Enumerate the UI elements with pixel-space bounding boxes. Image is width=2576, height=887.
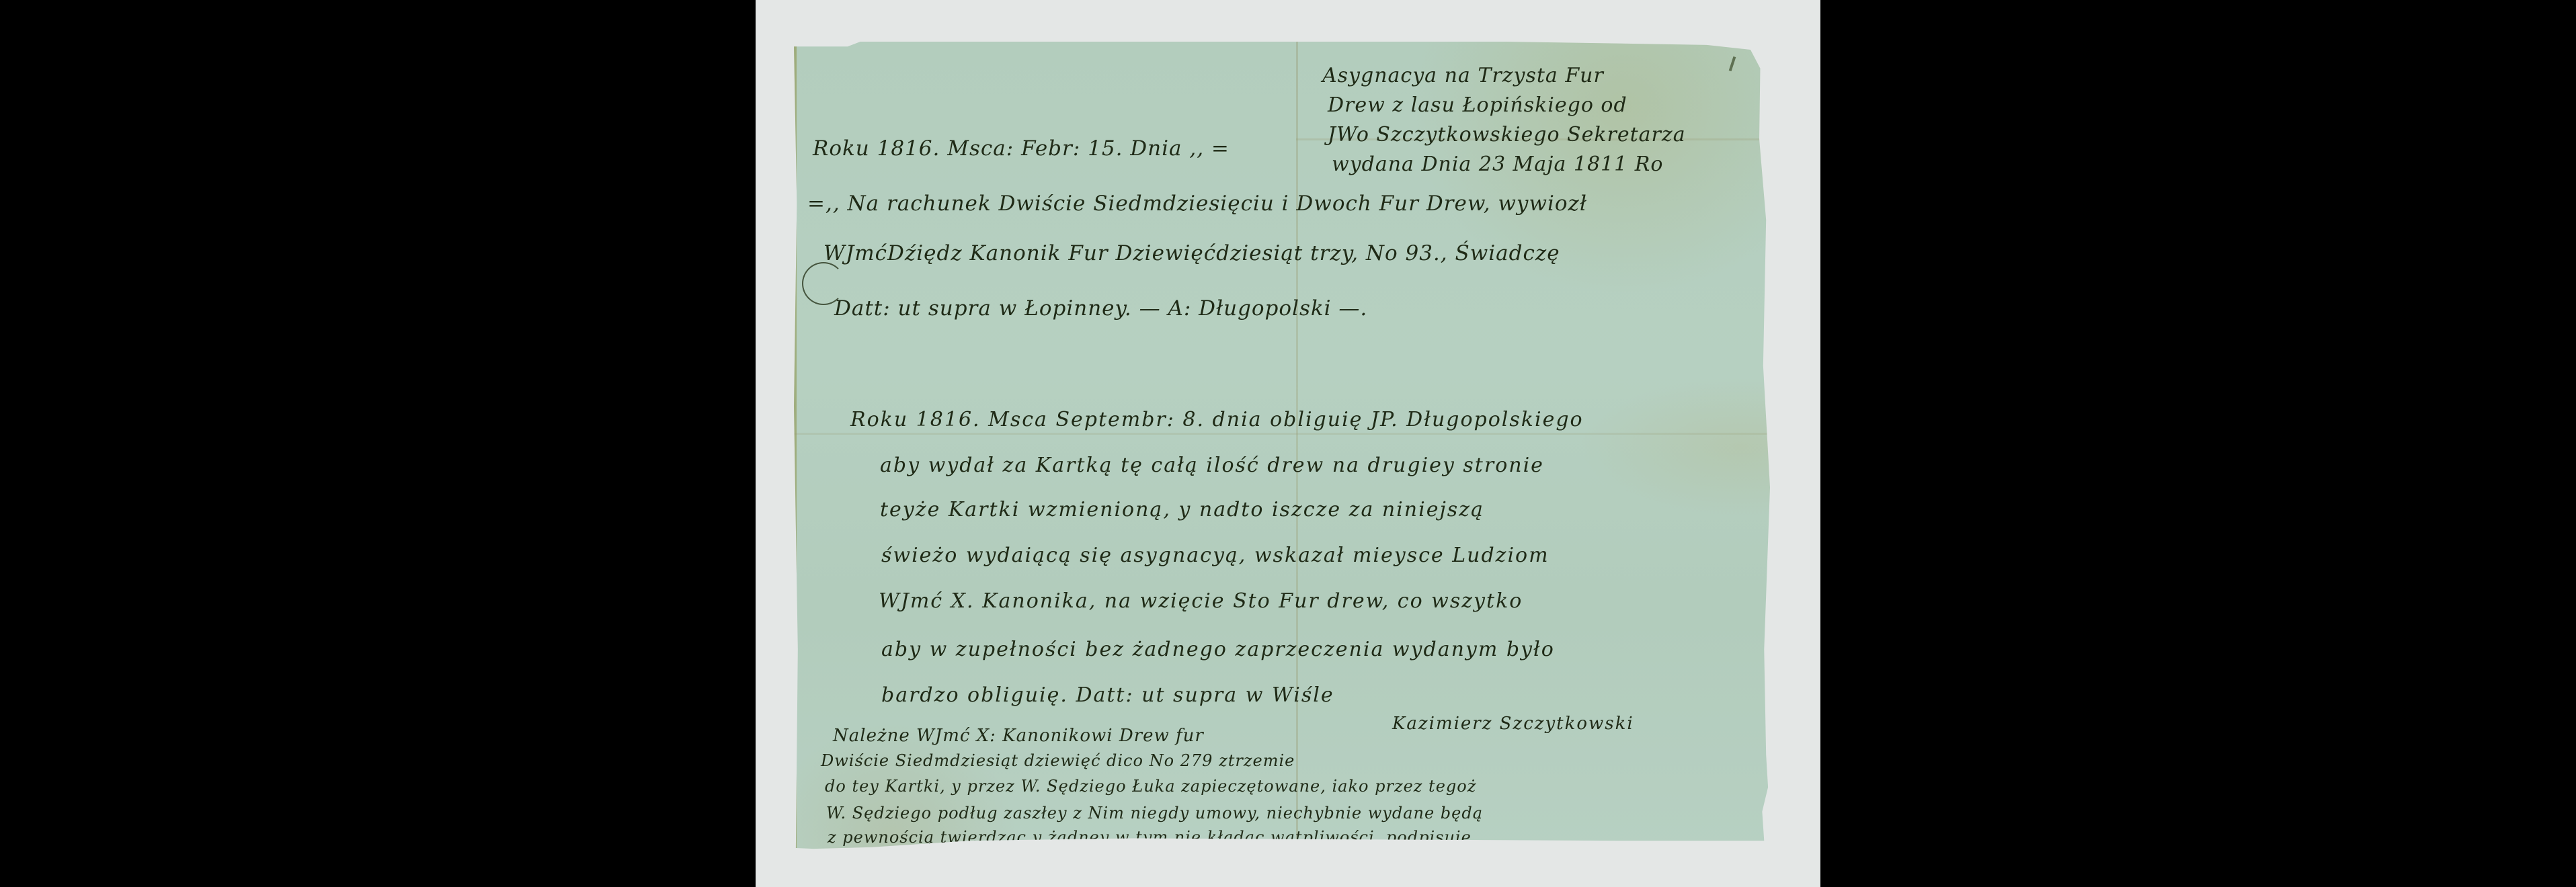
docket-line-2: Drew z lasu Łopińskiego od bbox=[1328, 95, 1627, 116]
docket-line-3: JWo Szczytkowskiego Sekretarza bbox=[1328, 125, 1686, 145]
entry-2-line-6: aby w zupełności bez żadnego zaprzeczeni… bbox=[881, 640, 1555, 660]
entry-2-line-7: bardzo obliguię. Datt: ut supra w Wiśle bbox=[881, 685, 1334, 706]
entry-2-line-4: świeżo wydaiącą się asygnacyą, wskazał m… bbox=[881, 546, 1549, 566]
entry-2-line-2: aby wydał za Kartką tę całą ilość drew n… bbox=[880, 456, 1544, 476]
viewer-background: Asygnacya na Trzysta Fur Drew z lasu Łop… bbox=[0, 0, 2576, 887]
entry-3-line-1: Należne WJmć X: Kanonikowi Drew fur bbox=[833, 727, 1204, 745]
manuscript-page: Asygnacya na Trzysta Fur Drew z lasu Łop… bbox=[794, 42, 1770, 852]
entry-1-line-3: WJmćDźiędz Kanonik Fur Dziewięćdziesiąt … bbox=[823, 243, 1560, 264]
entry-1-flourish bbox=[802, 262, 845, 305]
entry-1-line-1: Roku 1816. Msca: Febr: 15. Dnia ,, = bbox=[813, 138, 1230, 159]
entry-1-line-2: =,, Na rachunek Dwiście Siedmdziesięciu … bbox=[807, 194, 1587, 214]
entry-2-signature: Kazimierz Szczytkowski bbox=[1392, 715, 1634, 732]
entry-3-line-3: do tey Kartki, y przez W. Sędziego Łuka … bbox=[825, 778, 1476, 794]
horizontal-fold-line-middle bbox=[794, 433, 1770, 435]
entry-3-line-2: Dwiście Siedmdziesiąt dziewięć dico No 2… bbox=[821, 753, 1295, 769]
entry-2-line-3: teyże Kartki wzmienioną, y nadto iszcze … bbox=[880, 500, 1484, 520]
vertical-fold-line bbox=[1296, 42, 1298, 852]
docket-line-1: Asygnacya na Trzysta Fur bbox=[1322, 66, 1604, 86]
entry-2-line-5: WJmć X. Kanonika, na wzięcie Sto Fur dre… bbox=[879, 591, 1523, 611]
entry-3-line-4: W. Sędziego podług zaszłey z Nim niegdy … bbox=[826, 805, 1483, 821]
docket-line-4: wydana Dnia 23 Maja 1811 Ro bbox=[1332, 155, 1663, 175]
page-number-mark bbox=[1729, 56, 1736, 71]
entry-2-line-1: Roku 1816. Msca Septembr: 8. dnia obligu… bbox=[850, 410, 1584, 430]
entry-1-line-4: Datt: ut supra w Łopinney. — A: Długopol… bbox=[834, 298, 1367, 319]
